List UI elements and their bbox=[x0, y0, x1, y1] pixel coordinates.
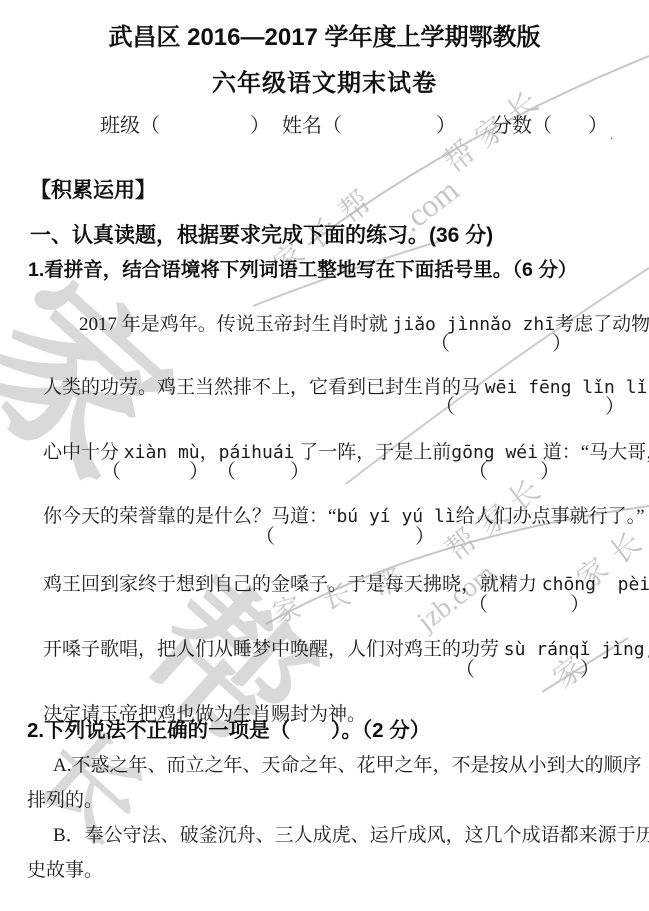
pinyin-segment: chōng pèi bbox=[542, 574, 649, 595]
answer-blank-open-paren: （ bbox=[430, 327, 450, 356]
option-b-line-2: 史故事。 bbox=[27, 860, 103, 882]
answer-blank-open-paren: （ bbox=[435, 390, 455, 419]
answer-blank-open-paren: （ bbox=[101, 455, 121, 484]
item-1-prompt: 1.看拼音，结合语境将下列词语工整地写在下面括号里。（6 分） bbox=[28, 259, 577, 281]
answer-blank-close-paren: ） bbox=[580, 653, 600, 682]
option-a-line-1: A.不惑之年、而立之年、天命之年、花甲之年，不是按从小到大的顺序 bbox=[53, 755, 641, 777]
option-b-line-1: B．奉公守法、破釜沉舟、三人成虎、运斤成风，这几个成语都来源于历 bbox=[53, 825, 649, 847]
exam-paper-page: 家 帮 长 家长帮 帮家长 .com 帮家长 家长 家长帮 jzb.com 家 … bbox=[0, 0, 649, 911]
question-1-header: 一、认真读题，根据要求完成下面的练习。(36 分) bbox=[30, 224, 493, 248]
paper-title-line1: 武昌区 2016—2017 学年度上学期鄂教版 bbox=[0, 24, 649, 52]
answer-blank-close-paren: ） bbox=[290, 455, 310, 484]
answer-blank-close-paren: ） bbox=[540, 455, 560, 484]
paper-title-line2: 六年级语文期末试卷 bbox=[0, 70, 649, 98]
answer-blank-close-paren: ） bbox=[570, 588, 590, 617]
pinyin-segment: sù ránqǐ jìng, bbox=[504, 639, 649, 660]
cn-text-segment: 你今天的荣誉靠的是什么？马道：“ bbox=[43, 506, 336, 527]
passage-line-2: 人类的功劳。鸡王当然排不上，它看到已封生肖的马 wēi fēng lǐn lǐn… bbox=[27, 359, 649, 418]
pinyin-segment: jiǎo jìnnǎo zhī bbox=[393, 314, 556, 335]
stray-dot-mark: . bbox=[610, 128, 613, 143]
cn-text-segment: 人类的功劳。鸡王当然排不上，它看到已封生肖的马 bbox=[43, 377, 485, 398]
answer-blank-open-paren: （ bbox=[255, 520, 275, 549]
score-field-label: 分数（ bbox=[492, 115, 552, 138]
answer-blank-open-paren: （ bbox=[216, 455, 236, 484]
score-field-close-paren: ） bbox=[588, 115, 608, 138]
answer-blank-close-paren: ） bbox=[415, 520, 435, 549]
class-field-label: 班级（ bbox=[100, 115, 160, 138]
name-field-close-paren: ） bbox=[436, 115, 456, 138]
pinyin-segment: bú yí yú lì bbox=[336, 506, 455, 527]
section-header-accumulate: 【积累运用】 bbox=[30, 179, 156, 203]
passage-line-6: 开嗓子歌唱，把人们从睡梦中唤醒，人们对鸡王的功劳 sù ránqǐ jìng, bbox=[27, 621, 649, 680]
passage-line-5: 鸡王回到家终于想到自己的金嗓子。于是每天拂晓，就精力 chōng pèi亮 bbox=[27, 556, 649, 615]
class-field-close-paren: ） bbox=[250, 115, 270, 138]
item-2-prompt: 2.下列说法不正确的一项是（ ）。（2 分） bbox=[27, 719, 430, 743]
cn-text-segment: 2017 年是鸡年。传说玉帝封生肖时就 bbox=[79, 314, 393, 335]
answer-blank-close-paren: ） bbox=[552, 327, 572, 356]
answer-blank-open-paren: （ bbox=[455, 653, 475, 682]
cn-text-segment: 开嗓子歌唱，把人们从睡梦中唤醒，人们对鸡王的功劳 bbox=[43, 639, 504, 660]
answer-blank-close-paren: ） bbox=[605, 390, 625, 419]
answer-blank-close-paren: ） bbox=[189, 455, 209, 484]
answer-blank-open-paren: （ bbox=[468, 455, 488, 484]
option-a-line-2: 排列的。 bbox=[27, 790, 103, 812]
name-field-label: 姓名（ bbox=[282, 115, 342, 138]
cn-text-segment: 了一阵，于是上前 bbox=[295, 442, 452, 463]
pinyin-segment: gōng wéi bbox=[451, 442, 538, 463]
cn-text-segment: 鸡王回到家终于想到自己的金嗓子。于是每天拂晓，就精力 bbox=[43, 574, 542, 595]
passage-line-4: 你今天的荣誉靠的是什么？马道：“bú yí yú lì给人们办点事就行了。” bbox=[27, 488, 645, 547]
answer-blank-open-paren: （ bbox=[468, 588, 488, 617]
cn-text-segment: 给人们办点事就行了。” bbox=[456, 506, 645, 527]
